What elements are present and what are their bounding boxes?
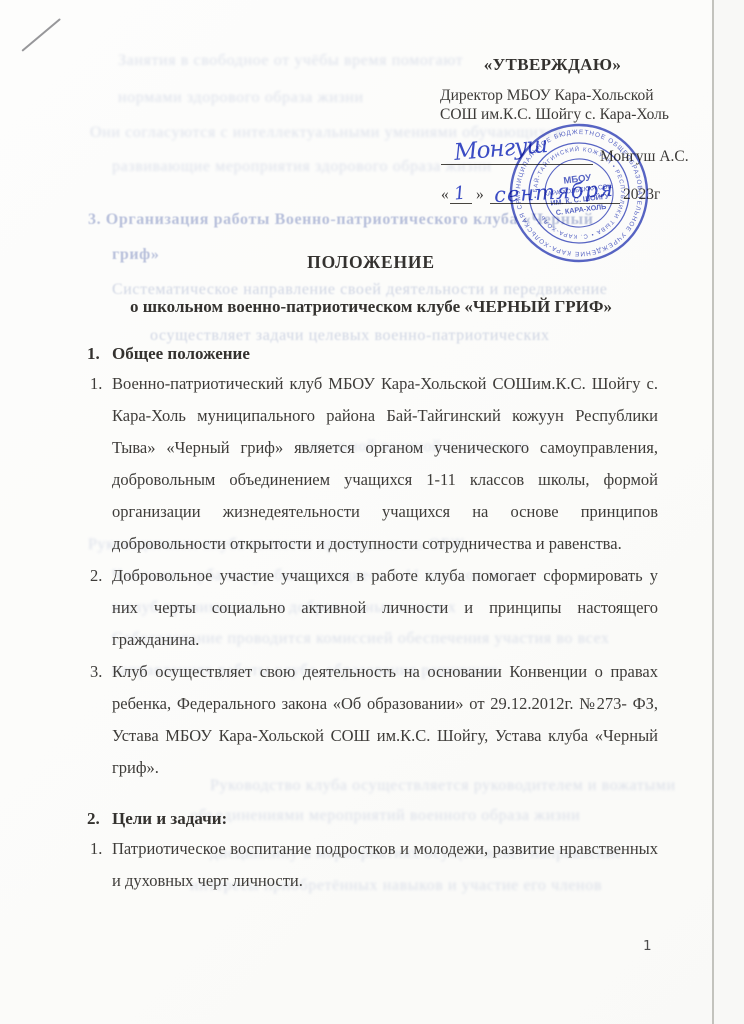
document-subtitle: о школьном военно-патриотическом клубе «… — [85, 297, 657, 317]
section-1-items: 1. Военно-патриотический клуб МБОУ Кара-… — [85, 368, 658, 784]
date-open-quote: « — [441, 186, 449, 204]
document-body: 1. Общее положение 1. Военно-патриотичес… — [85, 339, 658, 897]
item-number: 3. — [90, 656, 102, 688]
approve-word: «УТВЕРЖДАЮ» — [440, 55, 665, 75]
paragraph: 2. Добровольное участие учащихся в работ… — [85, 560, 658, 656]
scanned-document-page: Занятия в свободное от учёбы время помог… — [0, 0, 744, 1024]
item-number: 1. — [90, 368, 102, 400]
director-lines: Директор МБОУ Кара-Хольской СОШ им.К.С. … — [440, 86, 702, 124]
paragraph-text: Добровольное участие учащихся в работе к… — [112, 566, 658, 649]
section-heading-text: Общее положение — [112, 344, 250, 363]
paragraph-text: Военно-патриотический клуб МБОУ Кара-Хол… — [112, 374, 658, 553]
paragraph: 1. Военно-патриотический клуб МБОУ Кара-… — [85, 368, 658, 560]
section-number: 2. — [87, 804, 100, 833]
paragraph-text: Клуб осуществляет свою деятельность на о… — [112, 662, 658, 777]
section-heading-text: Цели и задачи: — [112, 809, 227, 828]
director-line-1: Директор МБОУ Кара-Хольской — [440, 86, 702, 105]
stamp-center-line-1: МБОУ — [563, 172, 592, 186]
school-round-stamp: МУНИЦИПАЛЬНОЕ БЮДЖЕТНОЕ ОБЩЕОБРАЗОВАТЕЛЬ… — [498, 112, 661, 275]
bleedthrough-text: Занятия в свободное от учёбы время помог… — [118, 52, 463, 70]
scan-page-edge — [712, 0, 744, 1024]
pen-corner-mark — [21, 18, 61, 52]
handwritten-day: 1 — [453, 182, 467, 204]
paragraph: 1. Патриотическое воспитание подростков … — [85, 833, 658, 897]
page-number: 1 — [643, 938, 652, 954]
date-close-quote: » — [476, 186, 484, 204]
bleedthrough-text: нормами здорового образа жизни — [118, 89, 364, 107]
item-number: 2. — [90, 560, 102, 592]
section-gap — [85, 784, 658, 804]
paragraph: 3. Клуб осуществляет свою деятельность н… — [85, 656, 658, 784]
item-number: 1. — [90, 833, 102, 865]
paragraph-text: Патриотическое воспитание подростков и м… — [112, 839, 658, 890]
section-number: 1. — [87, 339, 100, 368]
section-heading-2: 2. Цели и задачи: — [85, 804, 658, 833]
bleedthrough-text: развивающие мероприятия здорового образа… — [112, 158, 492, 176]
section-2-items: 1. Патриотическое воспитание подростков … — [85, 833, 658, 897]
section-heading-1: 1. Общее положение — [85, 339, 658, 368]
